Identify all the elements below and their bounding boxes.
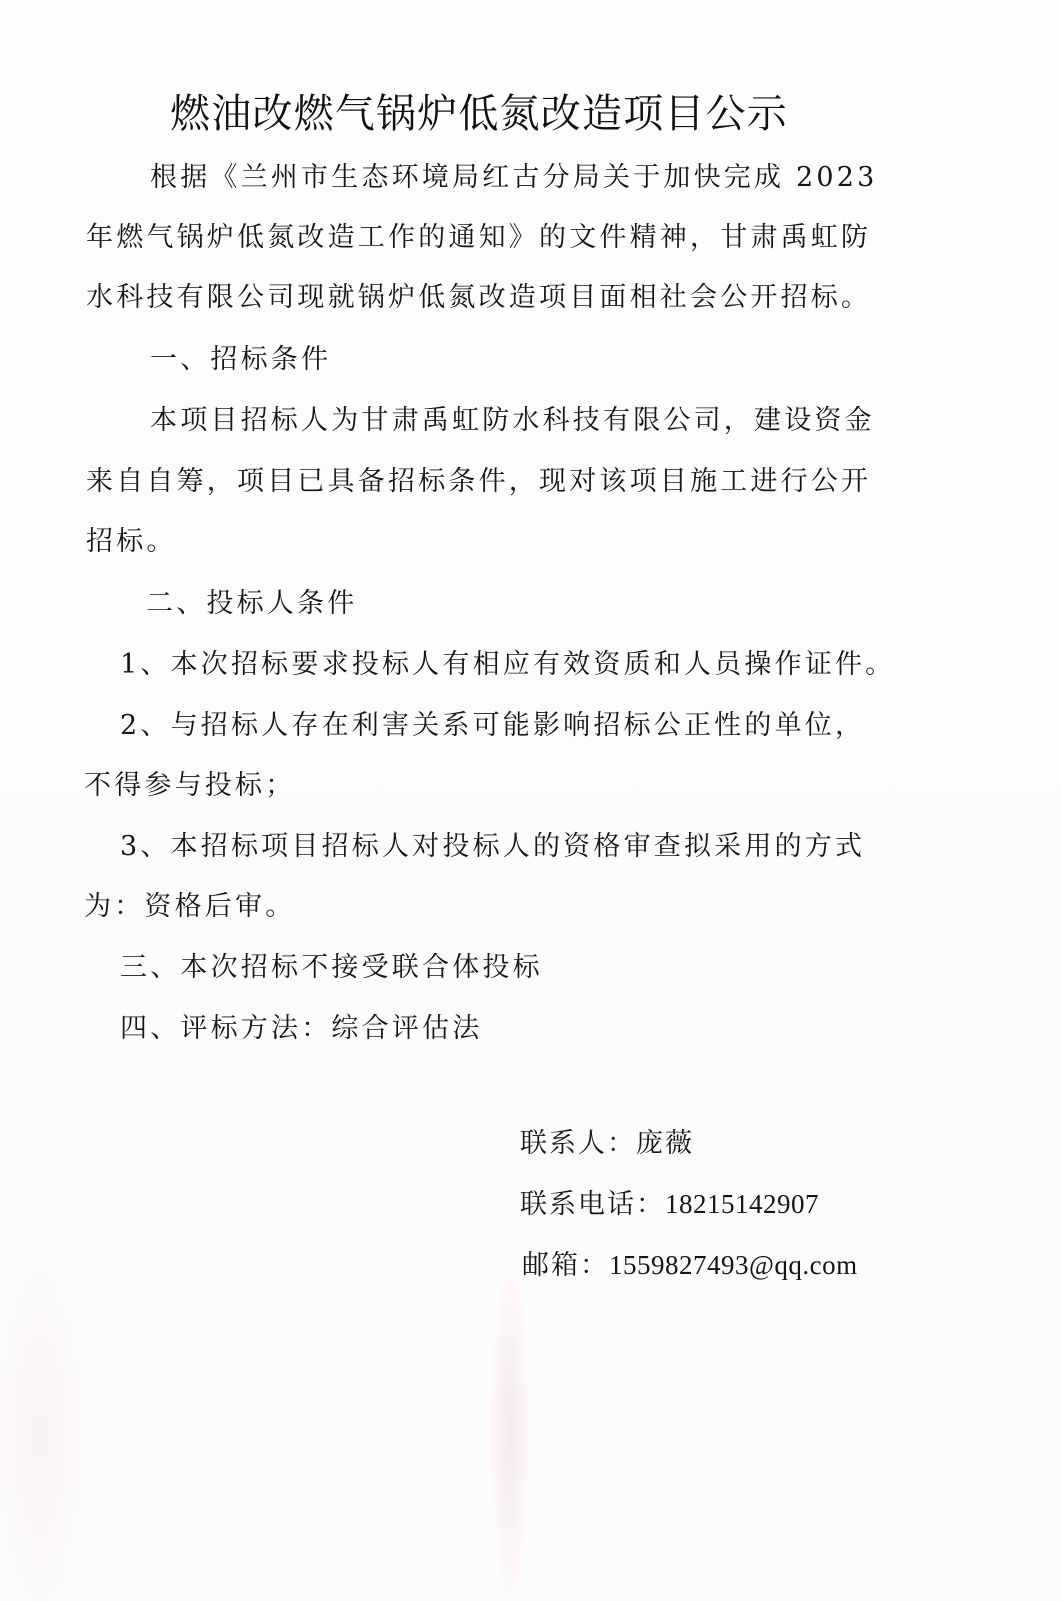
contact-phone-label: 联系电话： [520, 1189, 665, 1220]
section-4-heading: 四、评标方法：综合评估法 [120, 1009, 482, 1049]
intro-line-1: 根据《兰州市生态环境局红古分局关于加快完成 2023 [150, 158, 878, 198]
contact-person-value: 庞薇 [636, 1128, 694, 1159]
section-2-item-2-line-2: 不得参与投标； [84, 766, 295, 806]
contact-email: 邮箱：1559827493@qq.com [522, 1245, 858, 1286]
section-1-line-2: 来自自筹，项目已具备招标条件，现对该项目施工进行公开 [86, 462, 871, 502]
section-1-line-1: 本项目招标人为甘肃禹虹防水科技有限公司，建设资金 [150, 401, 875, 441]
section-2-heading: 二、投标人条件 [146, 584, 357, 624]
section-2-item-2-line-1: 2、与招标人存在利害关系可能影响招标公正性的单位， [120, 706, 865, 746]
scanned-document-page: 燃油改燃气锅炉低氮改造项目公示 根据《兰州市生态环境局红古分局关于加快完成 20… [0, 0, 1061, 1601]
document-title: 燃油改燃气锅炉低氮改造项目公示 [170, 86, 788, 142]
section-1-heading: 一、招标条件 [150, 340, 331, 380]
contact-person-label: 联系人： [520, 1128, 636, 1159]
section-3-heading: 三、本次招标不接受联合体投标 [120, 948, 543, 988]
section-1-line-3: 招标。 [86, 522, 177, 562]
section-2-item-1: 1、本次招标要求投标人有相应有效资质和人员操作证件。 [120, 645, 895, 685]
contact-email-label: 邮箱： [522, 1250, 609, 1281]
intro-line-3: 水科技有限公司现就锅炉低氮改造项目面相社会公开招标。 [86, 278, 871, 318]
contact-person: 联系人：庞薇 [520, 1124, 694, 1164]
contact-email-value: 1559827493@qq.com [609, 1250, 858, 1280]
section-2-item-3-line-2: 为：资格后审。 [84, 887, 295, 927]
section-2-item-3-line-1: 3、本招标项目招标人对投标人的资格审查拟采用的方式 [120, 827, 865, 867]
contact-phone: 联系电话：18215142907 [520, 1184, 819, 1225]
contact-phone-value: 18215142907 [665, 1189, 819, 1219]
intro-line-2: 年燃气锅炉低氮改造工作的通知》的文件精神，甘肃禹虹防 [86, 218, 871, 258]
